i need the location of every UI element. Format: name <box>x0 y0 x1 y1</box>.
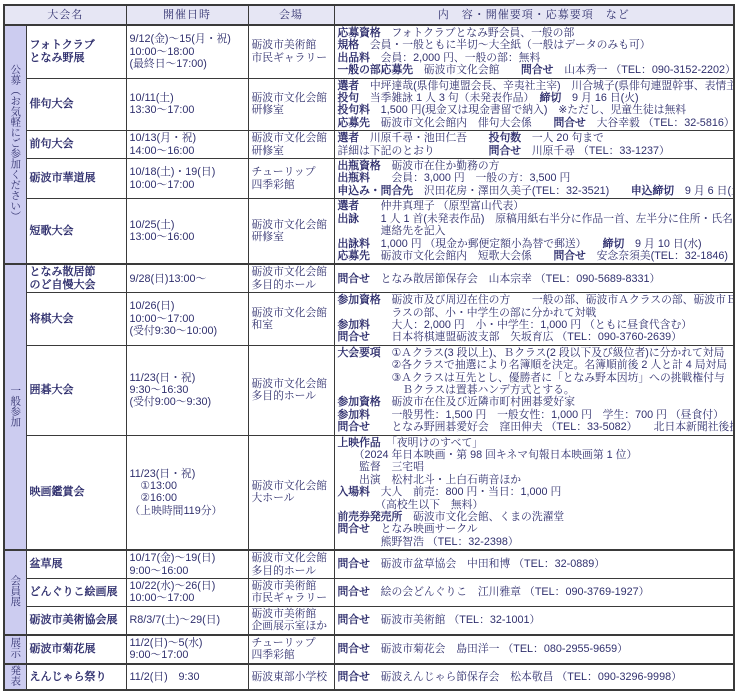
content-text: 熊野智浩 （TEL：32-2398） <box>338 536 519 548</box>
content-text: ③Ａクラスは互先とし、優勝者に「となみ野本因坊」への挑戦権付与 <box>338 372 725 384</box>
event-name-cell: 砺波市華道展 <box>26 159 126 199</box>
date-cell: 11/2(日)～5(水)9:00～17:00 <box>126 635 248 664</box>
content-text: 砺波市在住か勤務の方 <box>381 160 500 172</box>
content-text: （2024 年日本映画・第 98 回キネマ旬報日本映画第 1 位） <box>338 449 638 461</box>
event-name-cell-line: どんぐりこ絵画展 <box>30 586 123 598</box>
date-cell-line: 10/18(土)・19(日) <box>130 166 245 178</box>
date-cell: 10/22(水)～26(日)10:00～17:00 <box>126 579 248 607</box>
content-cell: 出瓶資格 砺波市在住か勤務の方出瓶料 会員：3,000 円 一般の方：3,500… <box>334 159 734 199</box>
content-text: ②各クラスで抽選により名簿順を決定。名簿順前後 2 人と計 4 局対局 <box>338 359 728 371</box>
content-label: 規格 <box>338 39 360 51</box>
date-cell-line: (最終日～17:00) <box>130 58 245 70</box>
content-label: 応募先 <box>338 117 370 129</box>
content-text: 砺波市美術館 （TEL：32-1001） <box>370 614 540 626</box>
header-event-name: 大会名 <box>4 5 126 25</box>
event-name-cell: 盆草展 <box>26 550 126 578</box>
content-label: 応募先 <box>338 250 370 262</box>
event-name-cell: 俳句大会 <box>26 78 126 131</box>
content-line: 選者 仲井真理子 （原型富山代表） <box>338 200 731 212</box>
content-text: 会員・一般ともに半切～大全紙（一般はデータのみも可） <box>359 39 651 51</box>
category-label: 一般参加 <box>5 385 25 427</box>
date-cell-line: 11/23(日・祝) <box>130 468 245 480</box>
content-text: 砺波市盆草協会 中田和博 （TEL：32-0889） <box>370 558 605 570</box>
content-line: 応募資格 フォトクラブとなみ野会員、一般の部 <box>338 27 731 39</box>
venue-cell-line: 砺波市美術館 <box>252 39 331 51</box>
content-line: 出詠 1 人 1 首(未発表作品) 原稿用紙右半分に作品一首、左半分に住所・氏名… <box>338 213 731 225</box>
content-line: 問合せ 絵の会どんぐりこ 江川雅章 （TEL：090-3769-1927） <box>338 586 731 598</box>
date-cell-line: 10:00～17:00 <box>130 313 245 325</box>
content-text: 監督 三宅唱 <box>338 461 424 473</box>
content-text: 山本秀一 （TEL：090-3152-2202） <box>553 64 734 76</box>
content-text: 一人 20 句まで <box>521 132 604 144</box>
content-label: 締切 <box>603 238 625 250</box>
content-text: 大人：2,000 円 小・中学生：1,000 円 （ともに昼食代含む） <box>370 319 692 331</box>
content-text: 川原千尋・池田仁吾 <box>359 132 489 144</box>
event-name-cell: となみ散居節のど自慢大会 <box>26 264 126 292</box>
header-row: 大会名 開催日時 会場 内 容・開催要項・応募要項 など <box>4 5 734 25</box>
venue-cell: 砺波市文化会館研修室 <box>248 78 334 131</box>
content-text: 9 月 6 日(土) <box>674 185 734 197</box>
venue-cell-line: 砺波市文化会館 <box>252 480 331 492</box>
date-cell-line: 10/25(土) <box>130 219 245 231</box>
content-cell: 問合せ 絵の会どんぐりこ 江川雅章 （TEL：090-3769-1927） <box>334 579 734 607</box>
content-line: 出詠料 1,000 円 （現金か郵便定額小為替で郵送） 締切 9 月 10 日(… <box>338 238 731 250</box>
content-label: 問合せ <box>338 671 370 683</box>
event-name-cell: えんじゃら祭り <box>26 664 126 690</box>
date-cell-line: 11/2(日)～5(水) <box>130 637 245 649</box>
venue-cell-line: 四季彩館 <box>252 179 331 191</box>
event-name-cell: フォトクラブとなみ野展 <box>26 25 126 78</box>
category-cell: 会員展 <box>4 550 26 634</box>
content-label: 一般の部応募先 <box>338 64 414 76</box>
content-cell: 選者 川原千尋・池田仁吾 投句数 一人 20 句まで詳細は下記のとおり 問合せ … <box>334 131 734 159</box>
content-cell: 問合せ 砺波市盆草協会 中田和博 （TEL：32-0889） <box>334 550 734 578</box>
content-cell: 選者 中坪達哉(県俳句連盟会長、辛夷社主宰) 川合城子(県俳句連盟幹事、表情主宰… <box>334 78 734 131</box>
content-text: 砺波市文化会館 <box>413 64 521 76</box>
venue-cell: 砺波東部小学校 <box>248 664 334 690</box>
date-cell: 10/26(日)10:00～17:00(受付9:30～10:00) <box>126 293 248 346</box>
content-label: 応募資格 <box>338 27 381 39</box>
content-label: 出品料 <box>338 52 370 64</box>
content-label: 問合せ <box>553 250 585 262</box>
content-label: 問合せ <box>338 558 370 570</box>
venue-cell-line: 研修室 <box>252 145 331 157</box>
date-cell: 10/11(土)13:30～17:00 <box>126 78 248 131</box>
content-cell: 問合せ 砺波市菊花会 島田洋一 （TEL：080-2955-9659） <box>334 635 734 664</box>
venue-cell: 砺波市美術館市民ギャラリー <box>248 25 334 78</box>
content-label: 問合せ <box>338 273 370 285</box>
content-text: となみ映画サークル <box>370 523 478 535</box>
content-text: 大人 前売：800 円・当日：1,000 円 <box>370 486 561 498</box>
venue-cell-line: 研修室 <box>252 231 331 243</box>
content-text: 大谷幸毅 （TEL：32-5816） <box>586 117 734 129</box>
date-cell-line: 9:00～17:00 <box>130 649 245 661</box>
content-text: 沢田花房・澤田久美子(TEL：32-3521) <box>413 185 631 197</box>
content-label: 問合せ <box>553 117 585 129</box>
content-text: 会員：3,000 円 一般の方：3,500 円 <box>370 172 570 184</box>
header-date: 開催日時 <box>126 5 248 25</box>
content-text: 砺波市文化会館内 短歌大会係 <box>370 250 554 262</box>
content-line: 選者 中坪達哉(県俳句連盟会長、辛夷社主宰) 川合城子(県俳句連盟幹事、表情主宰… <box>338 80 731 92</box>
content-line: 選者 川原千尋・池田仁吾 投句数 一人 20 句まで <box>338 132 731 144</box>
date-cell-line: （上映時間119分） <box>130 505 245 517</box>
event-name-cell-line: 砺波市美術協会展 <box>30 614 123 626</box>
venue-cell-line: 砺波市美術館 <box>252 580 331 592</box>
content-text: 川原千尋 （TEL：33-1237） <box>521 145 670 157</box>
content-line: 参加料 大人：2,000 円 小・中学生：1,000 円 （ともに昼食代含む） <box>338 319 731 331</box>
table-header: 大会名 開催日時 会場 内 容・開催要項・応募要項 など <box>4 5 734 25</box>
date-cell-line: 10:00～17:00 <box>130 592 245 604</box>
date-cell: 10/18(土)・19(日)10:00～17:00 <box>126 159 248 199</box>
content-text: 日本将棋連盟砺波支部 矢坂育広 （TEL：090-3760-2639） <box>370 331 682 343</box>
content-text: 詳細は下記のとおり <box>338 145 489 157</box>
venue-cell-line: 和室 <box>252 319 331 331</box>
content-line: 問合せ 砺波市菊花会 島田洋一 （TEL：080-2955-9659） <box>338 643 731 655</box>
content-label: 参加料 <box>338 409 370 421</box>
content-line: 投句 当季雑詠 1 人 3 句（未発表作品） 締切 9 月 16 日(火) <box>338 92 731 104</box>
content-line: 規格 会員・一般ともに半切～大全紙（一般はデータのみも可） <box>338 39 731 51</box>
table-row: 砺波市華道展10/18(土)・19(日)10:00～17:00チューリップ四季彩… <box>4 159 734 199</box>
date-cell-line: (受付9:00～9:30) <box>130 396 245 408</box>
content-text: 出演 松村北斗・上白石萌音ほか <box>338 474 522 486</box>
date-cell-line: 11/23(日・祝) <box>130 372 245 384</box>
content-line: 問合せ となみ映画サークル <box>338 523 731 535</box>
date-cell: 11/2(日) 9:30 <box>126 664 248 690</box>
content-cell: 問合せ となみ散居節保存会 山本宗幸 （TEL：090-5689-8331） <box>334 264 734 292</box>
date-cell-line: (受付9:30～10:00) <box>130 325 245 337</box>
content-label: 申込締切 <box>631 185 674 197</box>
venue-cell-line: 砺波東部小学校 <box>252 671 331 683</box>
content-label: 投句料 <box>338 104 370 116</box>
content-text: 1,000 円 （現金か郵便定額小為替で郵送） <box>370 238 603 250</box>
content-text: 安念奈須美(TEL：32-1846) <box>586 250 728 262</box>
category-label: 発表 <box>5 665 25 686</box>
content-line: 一般の部応募先 砺波市文化会館 問合せ 山本秀一 （TEL：090-3152-2… <box>338 64 731 76</box>
content-label: 参加資格 <box>338 294 381 306</box>
content-text: 1 人 1 首(未発表作品) 原稿用紙右半分に作品一首、左半分に住所・氏名・ <box>359 213 734 225</box>
venue-cell-line: 砺波市美術館 <box>252 608 331 620</box>
content-label: 締切 <box>540 92 562 104</box>
category-label: 会員展 <box>5 575 25 607</box>
content-line: 問合せ となみ散居節保存会 山本宗幸 （TEL：090-5689-8331） <box>338 273 731 285</box>
content-cell: 参加資格 砺波市及び周辺在住の方 一般の部、砺波市Ａクラスの部、砺波市Ｂク ラス… <box>334 293 734 346</box>
content-label: 選者 <box>338 80 360 92</box>
event-name-cell-line: 映画鑑賞会 <box>30 486 123 498</box>
category-cell: 発表 <box>4 664 26 690</box>
content-line: 応募先 砺波市文化会館内 俳句大会係 問合せ 大谷幸毅 （TEL：32-5816… <box>338 117 731 129</box>
content-text: 砺波市在住及び近隣市町村囲碁愛好家 <box>381 396 575 408</box>
venue-cell: 砺波市文化会館多目的ホール <box>248 345 334 435</box>
venue-cell-line: 市民ギャラリー <box>252 52 331 64</box>
content-line: 問合せ 砺波市美術館 （TEL：32-1001） <box>338 614 731 626</box>
content-text: 砺波市及び周辺在住の方 一般の部、砺波市Ａクラスの部、砺波市Ｂク <box>381 294 734 306</box>
content-line: ②各クラスで抽選により名簿順を決定。名簿順前後 2 人と計 4 局対局 <box>338 359 731 371</box>
content-text: ラスの部、小・中学生の部に分かれて対戦 <box>338 307 597 319</box>
event-name-cell-line: 砺波市菊花展 <box>30 643 123 655</box>
content-text: 連絡先を記入 <box>338 225 446 237</box>
venue-cell-line: 研修室 <box>252 104 331 116</box>
header-details: 内 容・開催要項・応募要項 など <box>334 5 734 25</box>
content-text: 砺波市文化会館、くまの洗濯堂 <box>402 511 564 523</box>
content-cell: 問合せ 砺波えんじゃら節保存会 松本敬昌 （TEL：090-3296-9998） <box>334 664 734 690</box>
venue-cell: 砺波市文化会館和室 <box>248 293 334 346</box>
content-line: 熊野智浩 （TEL：32-2398） <box>338 536 731 548</box>
content-label: 参加料 <box>338 319 370 331</box>
table-row: 囲碁大会11/23(日・祝)9:30～16:30(受付9:00～9:30)砺波市… <box>4 345 734 435</box>
content-cell: 応募資格 フォトクラブとなみ野会員、一般の部規格 会員・一般ともに半切～大全紙（… <box>334 25 734 78</box>
venue-cell-line: 多目的ホール <box>252 279 331 291</box>
event-name-cell-line: のど自慢大会 <box>30 279 123 291</box>
events-table: 大会名 開催日時 会場 内 容・開催要項・応募要項 など 公募（お気軽にご参加く… <box>3 4 735 691</box>
venue-cell: チューリップ四季彩館 <box>248 635 334 664</box>
table-row: 俳句大会10/11(土)13:30～17:00砺波市文化会館研修室選者 中坪達哉… <box>4 78 734 131</box>
venue-cell-line: 砺波市文化会館 <box>252 378 331 390</box>
date-cell-line: 10:00～18:00 <box>130 46 245 58</box>
events-schedule-page: 大会名 開催日時 会場 内 容・開催要項・応募要項 など 公募（お気軽にご参加く… <box>0 0 738 697</box>
table-row: 映画鑑賞会11/23(日・祝) ①13:00 ②16:00（上映時間119分）砺… <box>4 435 734 550</box>
content-label: 問合せ <box>521 64 553 76</box>
event-name-cell: 砺波市菊花展 <box>26 635 126 664</box>
content-line: 上映作品 「夜明けのすべて」 <box>338 437 731 449</box>
venue-cell: 砺波市文化会館多目的ホール <box>248 550 334 578</box>
event-name-cell-line: となみ散居節 <box>30 266 123 278</box>
date-cell-line: 10/11(土) <box>130 92 245 104</box>
content-label: 大会要項 <box>338 347 381 359</box>
event-name-cell: 短歌大会 <box>26 199 126 265</box>
content-text: （高校生以下 無料） <box>338 499 484 511</box>
content-label: 出瓶資格 <box>338 160 381 172</box>
venue-cell-line: 多目的ホール <box>252 390 331 402</box>
content-text: 砺波市文化会館内 俳句大会係 <box>370 117 554 129</box>
event-name-cell-line: えんじゃら祭り <box>30 671 123 683</box>
venue-cell: 砺波市文化会館研修室 <box>248 131 334 159</box>
event-name-cell-line: 砺波市華道展 <box>30 172 123 184</box>
content-label: 投句数 <box>489 132 521 144</box>
venue-cell-line: 大ホール <box>252 492 331 504</box>
content-line: 申込み・問合先 沢田花房・澤田久美子(TEL：32-3521) 申込締切 9 月… <box>338 185 731 197</box>
date-cell-line: 9/12(金)～15(月・祝) <box>130 33 245 45</box>
category-cell: 公募（お気軽にご参加ください） <box>4 25 26 264</box>
venue-cell: 砺波市文化会館大ホール <box>248 435 334 550</box>
content-label: 上映作品 <box>338 437 381 449</box>
table-body: 公募（お気軽にご参加ください）フォトクラブとなみ野展9/12(金)～15(月・祝… <box>4 25 734 690</box>
date-cell-line: 14:00～16:00 <box>130 145 245 157</box>
event-name-cell: 将棋大会 <box>26 293 126 346</box>
date-cell: 9/28(日)13:00～ <box>126 264 248 292</box>
content-label: 投句 <box>338 92 360 104</box>
table-row: 展示砺波市菊花展11/2(日)～5(水)9:00～17:00チューリップ四季彩館… <box>4 635 734 664</box>
content-line: 投句料 1,500 円(現金又は現金書留で納入) ※ただし、児童生徒は無料 <box>338 104 731 116</box>
venue-cell-line: チューリップ <box>252 166 331 178</box>
content-line: 前売券発売所 砺波市文化会館、くまの洗濯堂 <box>338 511 731 523</box>
venue-cell-line: 砺波市文化会館 <box>252 92 331 104</box>
venue-cell: 砺波市美術館企画展示室ほか <box>248 606 334 634</box>
date-cell-line: 10/22(水)～26(日) <box>130 580 245 592</box>
event-name-cell-line: となみ野展 <box>30 52 123 64</box>
content-text: ①Ａクラス(3 段以上)、Ｂクラス(2 段以下及び級位者)に分かれて対局 <box>381 347 725 359</box>
event-name-cell-line: フォトクラブ <box>30 39 123 51</box>
table-row: 一般参加となみ散居節のど自慢大会9/28(日)13:00～砺波市文化会館多目的ホ… <box>4 264 734 292</box>
table-row: 将棋大会10/26(日)10:00～17:00(受付9:30～10:00)砺波市… <box>4 293 734 346</box>
venue-cell-line: 企画展示室ほか <box>252 620 331 632</box>
content-text: フォトクラブとなみ野会員、一般の部 <box>381 27 575 39</box>
content-line: 問合せ となみ野囲碁愛好会 窪田伸夫 （TEL：33-5082） 北日本新聞社後… <box>338 421 731 433</box>
event-name-cell: 囲碁大会 <box>26 345 126 435</box>
content-text: 9 月 10 日(水) <box>624 238 701 250</box>
content-line: 応募先 砺波市文化会館内 短歌大会係 問合せ 安念奈須美(TEL：32-1846… <box>338 250 731 262</box>
table-row: どんぐりこ絵画展10/22(水)～26(日)10:00～17:00砺波市美術館市… <box>4 579 734 607</box>
header-venue: 会場 <box>248 5 334 25</box>
table-row: 公募（お気軽にご参加ください）フォトクラブとなみ野展9/12(金)～15(月・祝… <box>4 25 734 78</box>
venue-cell-line: 砺波市文化会館 <box>252 552 331 564</box>
content-line: 入場料 大人 前売：800 円・当日：1,000 円 <box>338 486 731 498</box>
event-name-cell: どんぐりこ絵画展 <box>26 579 126 607</box>
date-cell-line: ①13:00 <box>130 480 245 492</box>
content-text: 砺波市菊花会 島田洋一 （TEL：080-2955-9659） <box>370 643 628 655</box>
event-name-cell-line: 盆草展 <box>30 558 123 570</box>
content-text: 1,500 円(現金又は現金書留で納入) ※ただし、児童生徒は無料 <box>370 104 686 116</box>
content-line: 大会要項 ①Ａクラス(3 段以上)、Ｂクラス(2 段以下及び級位者)に分かれて対… <box>338 347 731 359</box>
content-line: 出瓶料 会員：3,000 円 一般の方：3,500 円 <box>338 172 731 184</box>
content-line: 出品料 会員：2,000 円、一般の部：無料 <box>338 52 731 64</box>
content-label: 参加資格 <box>338 396 381 408</box>
date-cell: 9/12(金)～15(月・祝)10:00～18:00(最終日～17:00) <box>126 25 248 78</box>
date-cell: 10/13(月・祝)14:00～16:00 <box>126 131 248 159</box>
content-line: 詳細は下記のとおり 問合せ 川原千尋 （TEL：33-1237） <box>338 145 731 157</box>
content-label: 問合せ <box>338 586 370 598</box>
content-line: 連絡先を記入 <box>338 225 731 237</box>
content-line: Ｂクラスは置碁ハンデ方式とする。 <box>338 384 731 396</box>
category-cell: 展示 <box>4 635 26 664</box>
date-cell-line: ②16:00 <box>130 492 245 504</box>
venue-cell-line: 四季彩館 <box>252 649 331 661</box>
event-name-cell-line: 短歌大会 <box>30 225 123 237</box>
content-line: ラスの部、小・中学生の部に分かれて対戦 <box>338 307 731 319</box>
date-cell-line: 10/26(日) <box>130 300 245 312</box>
content-label: 出詠 <box>338 213 360 225</box>
date-cell: 11/23(日・祝) ①13:00 ②16:00（上映時間119分） <box>126 435 248 550</box>
content-line: （2024 年日本映画・第 98 回キネマ旬報日本映画第 1 位） <box>338 449 731 461</box>
content-text: となみ野囲碁愛好会 窪田伸夫 （TEL：33-5082） 北日本新聞社後援 <box>370 421 734 433</box>
date-cell-line: 10/13(月・祝) <box>130 132 245 144</box>
content-line: 問合せ 日本将棋連盟砺波支部 矢坂育広 （TEL：090-3760-2639） <box>338 331 731 343</box>
content-text: 「夜明けのすべて」 <box>381 437 483 449</box>
venue-cell-line: 砺波市文化会館 <box>252 266 331 278</box>
date-cell-line: 9/28(日)13:00～ <box>130 273 245 285</box>
content-text: 一般男性：1,500 円 一般女性：1,000 円 学生：700 円 （昼食付） <box>370 409 724 421</box>
date-cell-line: 11/2(日) 9:30 <box>130 671 245 683</box>
content-line: 監督 三宅唱 <box>338 461 731 473</box>
content-text: 仲井真理子 （原型富山代表） <box>359 200 524 212</box>
content-line: 問合せ 砺波市盆草協会 中田和博 （TEL：32-0889） <box>338 558 731 570</box>
date-cell: 10/25(土)13:00～16:00 <box>126 199 248 265</box>
content-text: 中坪達哉(県俳句連盟会長、辛夷社主宰) 川合城子(県俳句連盟幹事、表情主宰) <box>359 80 734 92</box>
date-cell: R8/3/7(土)～29(日) <box>126 606 248 634</box>
content-label: 選者 <box>338 200 360 212</box>
content-line: 参加資格 砺波市及び周辺在住の方 一般の部、砺波市Ａクラスの部、砺波市Ｂク <box>338 294 731 306</box>
content-text: 9 月 16 日(火) <box>561 92 638 104</box>
date-cell: 10/17(金)～19(日)9:00～16:00 <box>126 550 248 578</box>
content-text: 砺波えんじゃら節保存会 松本敬昌 （TEL：090-3296-9998） <box>370 671 682 683</box>
content-cell: 選者 仲井真理子 （原型富山代表）出詠 1 人 1 首(未発表作品) 原稿用紙右… <box>334 199 734 265</box>
venue-cell-line: 砺波市文化会館 <box>252 132 331 144</box>
content-text: 絵の会どんぐりこ 江川雅章 （TEL：090-3769-1927） <box>370 586 650 598</box>
content-cell: 上映作品 「夜明けのすべて」 （2024 年日本映画・第 98 回キネマ旬報日本… <box>334 435 734 550</box>
date-cell-line: 10:00～17:00 <box>130 179 245 191</box>
date-cell-line: 10/17(金)～19(日) <box>130 552 245 564</box>
venue-cell-line: 砺波市文化会館 <box>252 307 331 319</box>
table-row: 会員展盆草展10/17(金)～19(日)9:00～16:00砺波市文化会館多目的… <box>4 550 734 578</box>
date-cell-line: 9:00～16:00 <box>130 565 245 577</box>
content-cell: 問合せ 砺波市美術館 （TEL：32-1001） <box>334 606 734 634</box>
date-cell-line: 13:30～17:00 <box>130 104 245 116</box>
category-cell: 一般参加 <box>4 264 26 550</box>
content-line: 問合せ 砺波えんじゃら節保存会 松本敬昌 （TEL：090-3296-9998） <box>338 671 731 683</box>
content-label: 選者 <box>338 132 360 144</box>
venue-cell: 砺波市文化会館研修室 <box>248 199 334 265</box>
content-label: 前売券発売所 <box>338 511 403 523</box>
table-row: 前句大会10/13(月・祝)14:00～16:00砺波市文化会館研修室選者 川原… <box>4 131 734 159</box>
category-label: 展示 <box>5 637 25 658</box>
content-label: 問合せ <box>338 614 370 626</box>
event-name-cell-line: 将棋大会 <box>30 313 123 325</box>
content-cell: 大会要項 ①Ａクラス(3 段以上)、Ｂクラス(2 段以下及び級位者)に分かれて対… <box>334 345 734 435</box>
content-label: 申込み・問合先 <box>338 185 414 197</box>
venue-cell-line: 多目的ホール <box>252 565 331 577</box>
table-row: 発表えんじゃら祭り11/2(日) 9:30砺波東部小学校問合せ 砺波えんじゃら節… <box>4 664 734 690</box>
content-label: 問合せ <box>338 523 370 535</box>
content-text: となみ散居節保存会 山本宗幸 （TEL：090-5689-8331） <box>370 273 660 285</box>
date-cell: 11/23(日・祝)9:30～16:30(受付9:00～9:30) <box>126 345 248 435</box>
content-text: 当季雑詠 1 人 3 句（未発表作品） <box>359 92 540 104</box>
content-line: 参加資格 砺波市在住及び近隣市町村囲碁愛好家 <box>338 396 731 408</box>
category-label: 公募（お気軽にご参加ください） <box>5 64 25 222</box>
event-name-cell: 砺波市美術協会展 <box>26 606 126 634</box>
content-label: 問合せ <box>338 331 370 343</box>
event-name-cell-line: 前句大会 <box>30 138 123 150</box>
content-label: 問合せ <box>338 421 370 433</box>
content-label: 入場料 <box>338 486 370 498</box>
event-name-cell: 映画鑑賞会 <box>26 435 126 550</box>
venue-cell: 砺波市美術館市民ギャラリー <box>248 579 334 607</box>
table-row: 砺波市美術協会展R8/3/7(土)～29(日)砺波市美術館企画展示室ほか問合せ … <box>4 606 734 634</box>
content-line: 参加料 一般男性：1,500 円 一般女性：1,000 円 学生：700 円 （… <box>338 409 731 421</box>
venue-cell: 砺波市文化会館多目的ホール <box>248 264 334 292</box>
content-line: （高校生以下 無料） <box>338 499 731 511</box>
content-label: 問合せ <box>489 145 521 157</box>
event-name-cell-line: 囲碁大会 <box>30 384 123 396</box>
venue-cell: チューリップ四季彩館 <box>248 159 334 199</box>
date-cell-line: 13:00～16:00 <box>130 231 245 243</box>
event-name-cell-line: 俳句大会 <box>30 98 123 110</box>
content-text: Ｂクラスは置碁ハンデ方式とする。 <box>338 384 575 396</box>
venue-cell-line: チューリップ <box>252 637 331 649</box>
date-cell-line: 9:30～16:30 <box>130 384 245 396</box>
content-line: ③Ａクラスは互先とし、優勝者に「となみ野本因坊」への挑戦権付与 <box>338 372 731 384</box>
venue-cell-line: 砺波市文化会館 <box>252 219 331 231</box>
content-label: 出詠料 <box>338 238 370 250</box>
content-text: 会員：2,000 円、一般の部：無料 <box>370 52 540 64</box>
content-label: 問合せ <box>338 643 370 655</box>
date-cell-line: R8/3/7(土)～29(日) <box>130 614 245 626</box>
event-name-cell: 前句大会 <box>26 131 126 159</box>
content-label: 出瓶料 <box>338 172 370 184</box>
content-line: 出瓶資格 砺波市在住か勤務の方 <box>338 160 731 172</box>
table-row: 短歌大会10/25(土)13:00～16:00砺波市文化会館研修室選者 仲井真理… <box>4 199 734 265</box>
venue-cell-line: 市民ギャラリー <box>252 592 331 604</box>
content-line: 出演 松村北斗・上白石萌音ほか <box>338 474 731 486</box>
